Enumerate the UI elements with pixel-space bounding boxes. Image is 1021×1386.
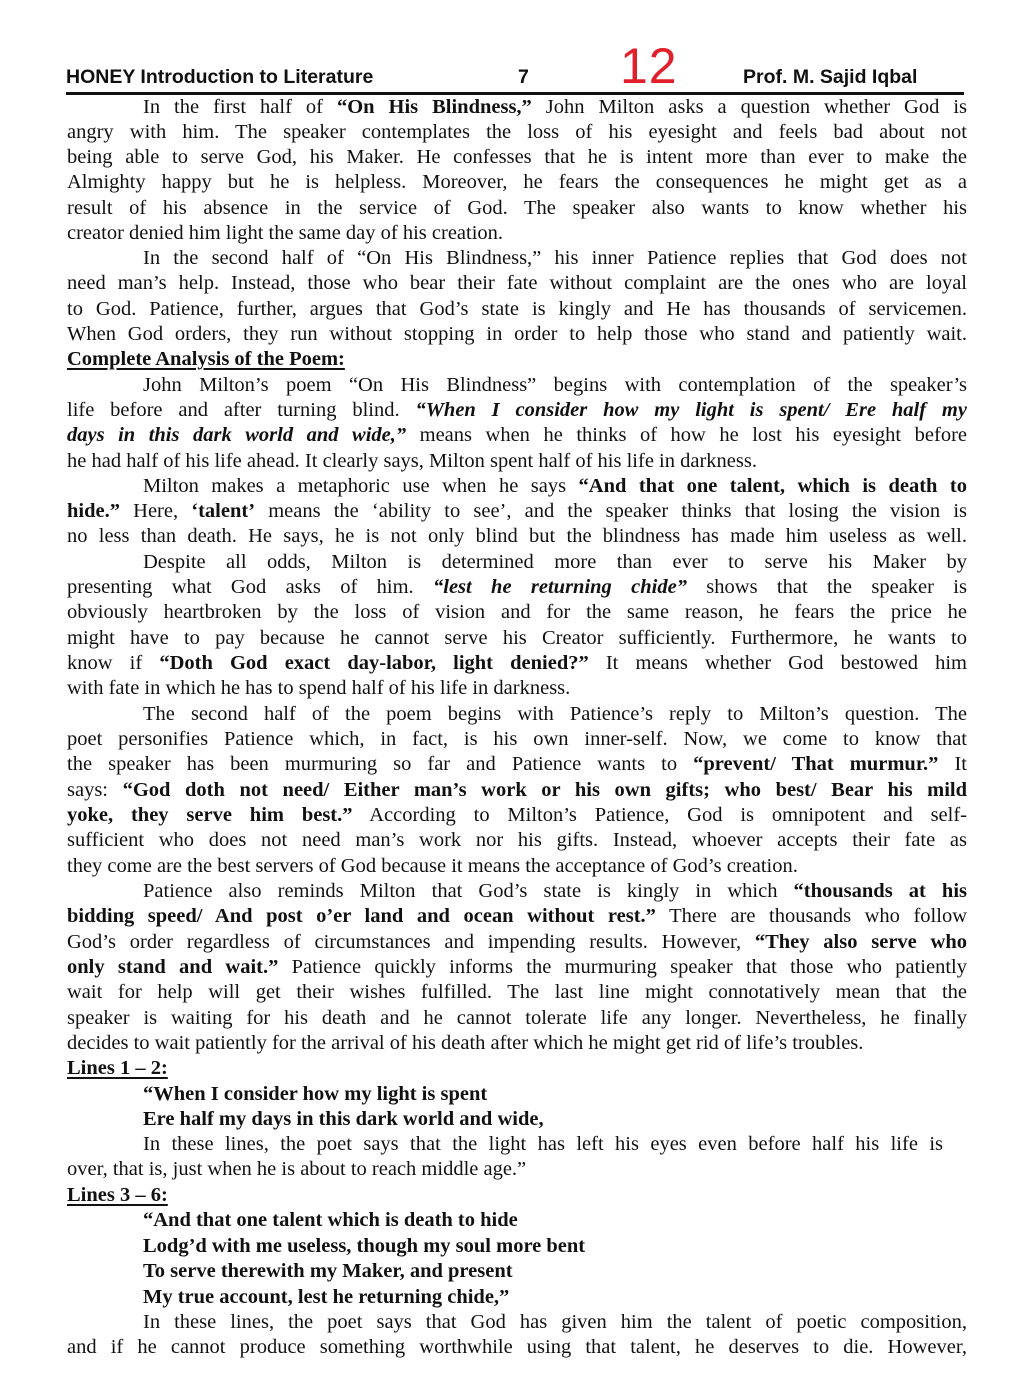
text-line: Almighty happy but he is helpless. Moreo… xyxy=(67,170,967,195)
text-line: being able to serve God, his Maker. He c… xyxy=(67,145,967,170)
text-line: might have to pay because he cannot serv… xyxy=(67,626,967,651)
text-line: Milton makes a metaphoric use when he sa… xyxy=(143,474,967,499)
text-line: Despite all odds, Milton is determined m… xyxy=(143,550,967,575)
text-line: poet personifies Patience which, in fact… xyxy=(67,727,967,752)
header-chapter-number: 7 xyxy=(518,62,529,92)
text-line: over, that is, just when he is about to … xyxy=(67,1157,967,1182)
verse-line: Ere half my days in this dark world and … xyxy=(143,1107,903,1132)
text-line: In the second half of “On His Blindness,… xyxy=(143,246,967,271)
text-line: know if “Doth God exact day-labor, light… xyxy=(67,651,967,676)
text-line: with fate in which he has to spend half … xyxy=(67,676,967,701)
section-heading: Complete Analysis of the Poem: xyxy=(67,347,967,372)
text-line: In the first half of “On His Blindness,”… xyxy=(143,95,967,120)
text-line: In these lines, the poet says that God h… xyxy=(143,1310,967,1335)
text-line: bidding speed/ And post o’er land and oc… xyxy=(67,904,967,929)
text-line: speaker is waiting for his death and he … xyxy=(67,1006,967,1031)
text-line: need man’s help. Instead, those who bear… xyxy=(67,271,967,296)
text-line: they come are the best servers of God be… xyxy=(67,854,967,879)
text-line: In these lines, the poet says that the l… xyxy=(143,1132,943,1157)
text-line: and if he cannot produce something worth… xyxy=(67,1335,967,1360)
header-book-title: HONEY Introduction to Literature xyxy=(66,62,373,92)
text-line: no less than death. He says, he is not o… xyxy=(67,524,967,549)
text-line: to God. Patience, further, argues that G… xyxy=(67,297,967,322)
text-line: creator denied him light the same day of… xyxy=(67,221,967,246)
text-line: wait for help will get their wishes fulf… xyxy=(67,980,967,1005)
text-line: result of his absence in the service of … xyxy=(67,196,967,221)
text-line: When God orders, they run without stoppi… xyxy=(67,322,967,347)
text-line: God’s order regardless of circumstances … xyxy=(67,930,967,955)
text-line: decides to wait patiently for the arriva… xyxy=(67,1031,967,1056)
text-line: The second half of the poem begins with … xyxy=(143,702,967,727)
text-line: he had half of his life ahead. It clearl… xyxy=(67,449,967,474)
text-line: days in this dark world and wide,” means… xyxy=(67,423,967,448)
verse-line: “And that one talent which is death to h… xyxy=(143,1208,903,1233)
page-number: 12 xyxy=(620,38,678,94)
text-line: John Milton’s poem “On His Blindness” be… xyxy=(143,373,967,398)
text-line: only stand and wait.” Patience quickly i… xyxy=(67,955,967,980)
text-line: Patience also reminds Milton that God’s … xyxy=(143,879,967,904)
text-line: angry with him. The speaker contemplates… xyxy=(67,120,967,145)
text-line: life before and after turning blind. “Wh… xyxy=(67,398,967,423)
text-line: presenting what God asks of him. “lest h… xyxy=(67,575,967,600)
verse-line: “When I consider how my light is spent xyxy=(143,1082,903,1107)
text-line: obviously heartbroken by the loss of vis… xyxy=(67,600,967,625)
verse-line: Lodg’d with me useless, though my soul m… xyxy=(143,1234,903,1259)
text-line: yoke, they serve him best.” According to… xyxy=(67,803,967,828)
text-line: hide.” Here, ‘talent’ means the ‘ability… xyxy=(67,499,967,524)
text-line: the speaker has been murmuring so far an… xyxy=(67,752,967,777)
verse-line: My true account, lest he returning chide… xyxy=(143,1285,903,1310)
header-author: Prof. M. Sajid Iqbal xyxy=(743,62,917,92)
section-heading: Lines 3 – 6: xyxy=(67,1183,967,1208)
text-line: says: “God doth not need/ Either man’s w… xyxy=(67,778,967,803)
text-line: sufficient who does not need man’s work … xyxy=(67,828,967,853)
document-page: HONEY Introduction to Literature 7 12 Pr… xyxy=(0,0,1021,1386)
section-heading: Lines 1 – 2: xyxy=(67,1056,967,1081)
verse-line: To serve therewith my Maker, and present xyxy=(143,1259,903,1284)
